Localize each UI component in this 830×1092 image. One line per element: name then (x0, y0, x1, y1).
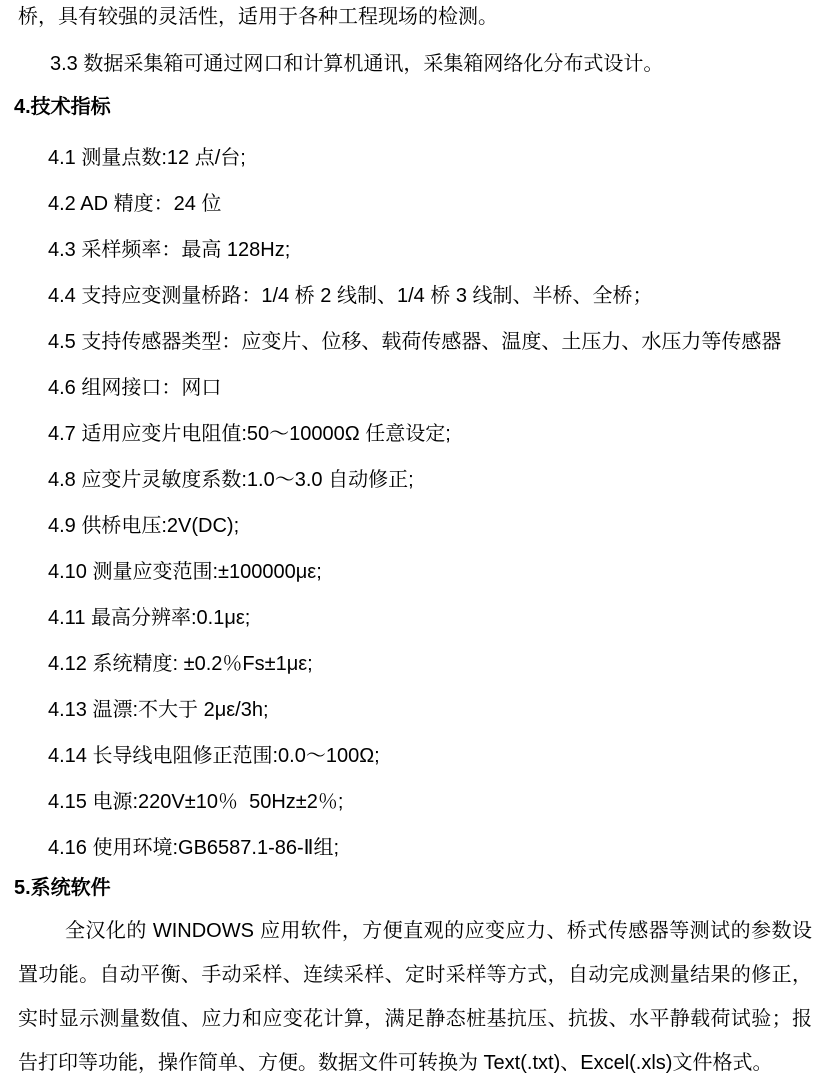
spec-item-4-9: 4.9 供桥电压:2V(DC); (48, 513, 812, 539)
spec-item-4-12: 4.12 系统精度: ±0.2％Fs±1με; (48, 651, 812, 677)
intro-continuation-line: 桥，具有较强的灵活性，适用于各种工程现场的检测。 (18, 4, 812, 30)
spec-item-4-1: 4.1 测量点数:12 点/台; (48, 145, 812, 171)
section4-spec-list: 4.1 测量点数:12 点/台; 4.2 AD 精度：24 位 4.3 采样频率… (18, 145, 812, 861)
spec-item-4-4: 4.4 支持应变测量桥路：1/4 桥 2 线制、1/4 桥 3 线制、半桥、全桥… (48, 283, 812, 309)
spec-item-4-8: 4.8 应变片灵敏度系数:1.0～3.0 自动修正; (48, 467, 812, 493)
section5-heading: 5.系统软件 (14, 875, 812, 901)
section5-paragraph: 全汉化的 WINDOWS 应用软件，方便直观的应变应力、桥式传感器等测试的参数设… (18, 909, 812, 1085)
spec-item-4-10: 4.10 测量应变范围:±100000με; (48, 559, 812, 585)
document-page: 桥，具有较强的灵活性，适用于各种工程现场的检测。 3.3 数据采集箱可通过网口和… (0, 0, 830, 1092)
spec-item-4-3: 4.3 采样频率：最高 128Hz; (48, 237, 812, 263)
spec-item-4-6: 4.6 组网接口：网口 (48, 375, 812, 401)
spec-item-4-2: 4.2 AD 精度：24 位 (48, 191, 812, 217)
spec-item-4-13: 4.13 温漂:不大于 2με/3h; (48, 697, 812, 723)
spec-item-4-16: 4.16 使用环境:GB6587.1-86-Ⅱ组; (48, 835, 812, 861)
section3-item-3-3: 3.3 数据采集箱可通过网口和计算机通讯，采集箱网络化分布式设计。 (50, 51, 812, 77)
spec-item-4-15: 4.15 电源:220V±10％ 50Hz±2％; (48, 789, 812, 815)
spec-item-4-11: 4.11 最高分辨率:0.1με; (48, 605, 812, 631)
spec-item-4-7: 4.7 适用应变片电阻值:50～10000Ω 任意设定; (48, 421, 812, 447)
spec-item-4-5: 4.5 支持传感器类型：应变片、位移、载荷传感器、温度、土压力、水压力等传感器 (48, 329, 812, 355)
section4-heading: 4.技术指标 (14, 94, 812, 120)
spec-item-4-14: 4.14 长导线电阻修正范围:0.0～100Ω; (48, 743, 812, 769)
